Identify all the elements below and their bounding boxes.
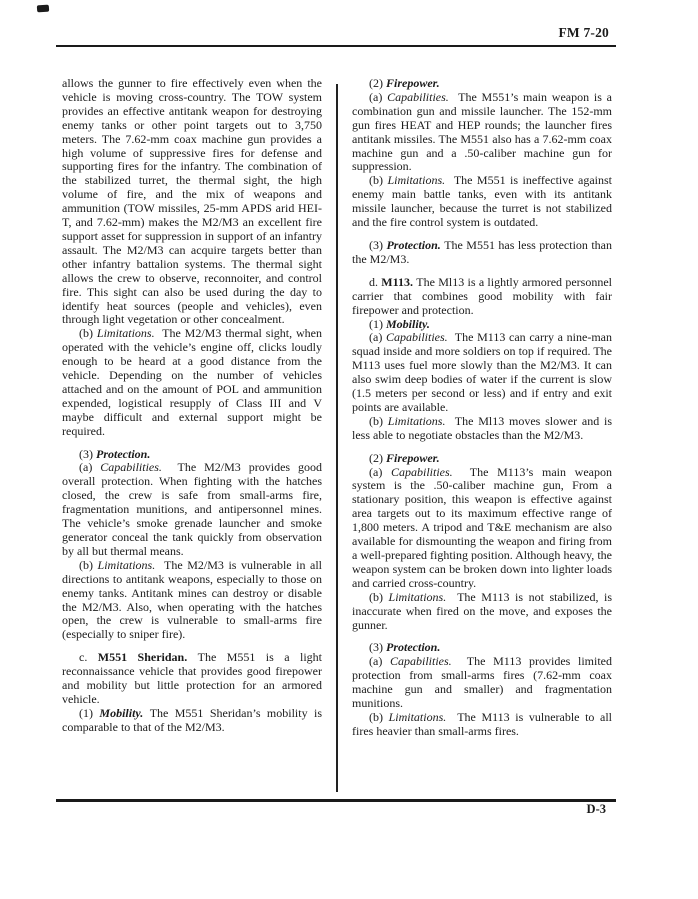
paragraph: (a) Capabilities. The M113 provides limi… (352, 655, 612, 711)
lead-in-label: Limitations. (389, 710, 447, 724)
page-number: D-3 (587, 802, 606, 816)
lead-in-label: Mobility. (99, 706, 143, 720)
text-run: (a) (369, 654, 390, 668)
text-run: (2) (369, 77, 386, 90)
paragraph: (b) Limitations. The Ml13 moves slower a… (352, 415, 612, 443)
page-footer: D-3 (56, 802, 616, 817)
text-run: c. (79, 650, 98, 664)
right-column: (2) Firepower.(a) Capabilities. The M551… (352, 77, 612, 799)
paragraph: (1) Mobility. The M551 Sheridan’s mobili… (62, 707, 322, 735)
text-run: (1) (79, 706, 99, 720)
text-run: The M2/M3 thermal sight, when operated w… (62, 326, 322, 437)
lead-in-label: Limitations. (387, 173, 445, 187)
text-run: d. (369, 275, 381, 289)
lead-in-label: Limitations. (97, 326, 155, 340)
lead-in-label: Capabilities. (100, 460, 162, 474)
paragraph: (3) Protection. (352, 641, 612, 655)
text-run: (a) (369, 465, 391, 479)
text-run: (a) (369, 90, 387, 104)
paragraph: (b) Limitations. The M113 is not stabili… (352, 591, 612, 633)
text-run: (b) (79, 558, 98, 572)
paragraph: (2) Firepower. (352, 77, 612, 91)
lead-in-label: Capabilities. (387, 90, 449, 104)
lead-in-label: Firepower. (386, 77, 440, 90)
text-run: (b) (79, 326, 97, 340)
document-page: FM 7-20 allows the gunner to fire effect… (0, 0, 698, 899)
paragraph: (a) Capabilities. The M113’s main weapon… (352, 466, 612, 591)
lead-in-label: Capabilities. (390, 654, 452, 668)
lead-in-label: Limitations. (98, 558, 156, 572)
lead-in-label: Mobility. (386, 317, 430, 331)
lead-in-label: Protection. (386, 640, 440, 654)
paragraph: (b) Limitations. The M2/M3 is vulnerable… (62, 559, 322, 642)
lead-in-label: Limitations. (388, 414, 446, 428)
column-divider-rule (336, 84, 338, 792)
paragraph: (b) Limitations. The M2/M3 thermal sight… (62, 327, 322, 438)
text-run: (b) (369, 414, 388, 428)
paragraph: (b) Limitations. The M113 is vulnerable … (352, 711, 612, 739)
lead-in-label: Limitations. (389, 590, 447, 604)
paragraph: (2) Firepower. (352, 452, 612, 466)
lead-in-label: Firepower. (386, 451, 440, 465)
text-run: (3) (369, 238, 386, 252)
text-run: (2) (369, 451, 386, 465)
paragraph: (a) Capabilities. The M2/M3 provides goo… (62, 461, 322, 558)
text-run: (a) (369, 330, 386, 344)
lead-in-label: M551 Sheridan. (98, 650, 187, 664)
left-column: allows the gunner to fire effectively ev… (62, 77, 322, 799)
lead-in-label: Capabilities. (386, 330, 448, 344)
paragraph: (a) Capabilities. The M113 can carry a n… (352, 331, 612, 414)
paragraph: c. M551 Sheridan. The M551 is a light re… (62, 651, 322, 707)
text-run: (1) (369, 317, 386, 331)
text-run: (b) (369, 173, 387, 187)
lead-in-label: Protection. (96, 447, 150, 461)
text-run: allows the gunner to fire effectively ev… (62, 77, 322, 326)
scan-artifact (37, 5, 49, 13)
paragraph: d. M113. The Ml13 is a lightly armored p… (352, 276, 612, 318)
page-header: FM 7-20 (56, 25, 616, 41)
text-run: (3) (369, 640, 386, 654)
paragraph: (1) Mobility. (352, 318, 612, 332)
paragraph: (3) Protection. The M551 has less protec… (352, 239, 612, 267)
text-run: (b) (369, 710, 389, 724)
header-rule (56, 45, 616, 47)
lead-in-label: Protection. (386, 238, 440, 252)
text-run: (3) (79, 447, 96, 461)
paragraph: (a) Capabilities. The M551’s main weapon… (352, 91, 612, 174)
lead-in-label: M113. (381, 275, 413, 289)
text-run: (b) (369, 590, 389, 604)
paragraph: (3) Protection. (62, 448, 322, 462)
text-run: The M113’s main weapon system is the .50… (352, 465, 612, 590)
text-run: (a) (79, 460, 100, 474)
paragraph: allows the gunner to fire effectively ev… (62, 77, 322, 327)
text-run: The M2/M3 provides good overall protecti… (62, 460, 322, 557)
lead-in-label: Capabilities. (391, 465, 453, 479)
doc-id: FM 7-20 (558, 25, 609, 40)
paragraph: (b) Limitations. The M551 is ineffective… (352, 174, 612, 230)
